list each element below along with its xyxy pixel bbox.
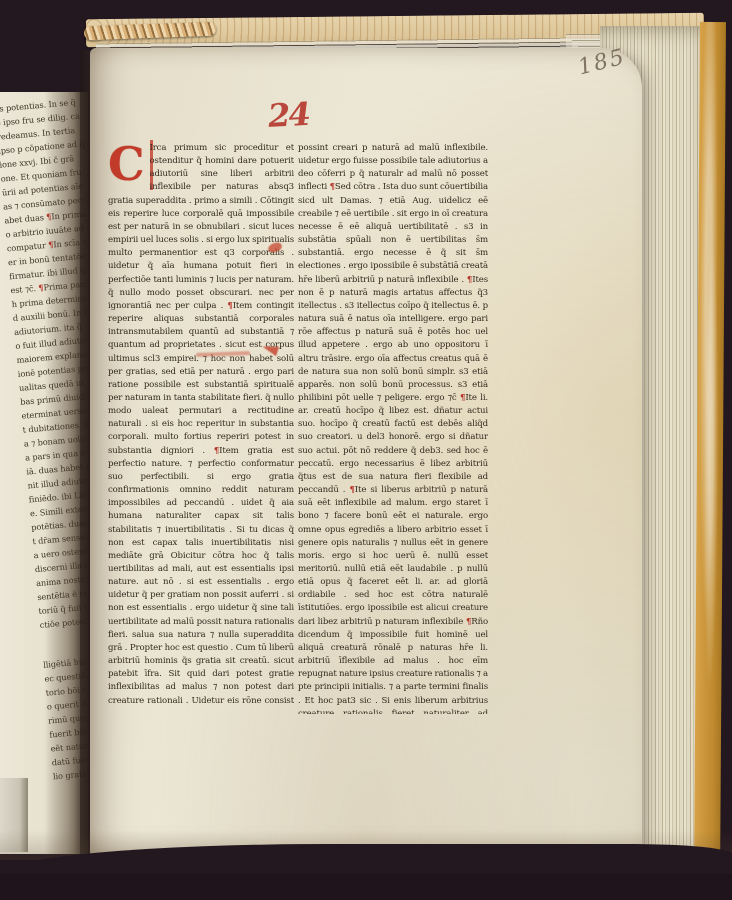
facing-page-line: ione xxvj. Ibi c̄ grā [0,147,88,171]
facing-page-line: redeamus. In tertia [0,119,88,143]
text-column-left: CIrca primum sic proceditur et ostenditu… [108,142,294,704]
facing-page-line: as ⁊ consūmato peccā [3,189,88,213]
facing-page-line: eterminat uersaū. ibi [21,398,88,422]
facing-page-line: t dubitationes. ibi q̃ [22,412,88,436]
column-left-body: Irca primum sic proceditur et ostenditur… [108,143,294,704]
facing-page-line: adiutorium. ita q̃ [14,315,88,339]
facing-page-line: a ⁊ bonam uoluntatē [23,426,88,450]
chapter-number: 24 [265,95,311,135]
book-photo: as potentias. In se q̃e ipso fru se dili… [0,0,732,900]
background-bottom-deep [0,874,732,900]
facing-page-line: bas primū diuidī possit [20,384,88,408]
facing-page-line: e ipso fru se dilig. ca [0,105,88,129]
facing-page-line: ualitas quedā ut ⁊c̄. [18,370,88,394]
text-column-right: possint creari p naturā ad malū inflexib… [298,142,488,714]
column-right-body: possint creari p naturā ad malū inflexib… [298,143,488,714]
facing-page-line: o fuit illud adiutoriū [15,329,88,353]
facing-page-line: one. Et quoniam fru [0,161,88,185]
facing-page-line: d auxilii bonū. In h [12,301,88,325]
facing-page-line: est ⁊c̄. ¶Prima pars [10,273,88,297]
facing-page-line: compatur ¶In scīa ue [6,231,88,255]
facing-page-line: h prima determinat ad [11,287,88,311]
facing-page-line: maiorem explanatiōe [16,343,88,367]
facing-page-line: a pars in qua determī [25,440,88,464]
facing-page-line: nit illud adiutoriū uale [27,468,88,492]
facing-page-line: abet duas ¶In prima [4,203,88,227]
facing-page-line: as potentias. In se q̃ [0,92,88,116]
facing-page-line: firmatur. ibi illud q̃d [9,259,88,283]
facing-page-strip: as potentias. In se q̃e ipso fru se dili… [0,92,88,854]
vellum-cover-edge [694,22,726,880]
facing-page-line: ionē potentias pctōr [17,357,88,381]
facing-page-line: ipso p cōpatione ad q̃ [0,133,88,157]
facing-page-line: o arbitrio iuuāte ad d [5,217,88,241]
facing-page-text: as potentias. In se q̃e ipso fru se dili… [0,92,88,783]
facing-page-line: ūrii ad potentias aīe [1,175,88,199]
facing-page-line: iā. duas habet ptes. [26,454,88,478]
facing-page-line: er in bonū tentatōe [7,245,88,269]
drop-cap-initial: C [108,142,149,184]
